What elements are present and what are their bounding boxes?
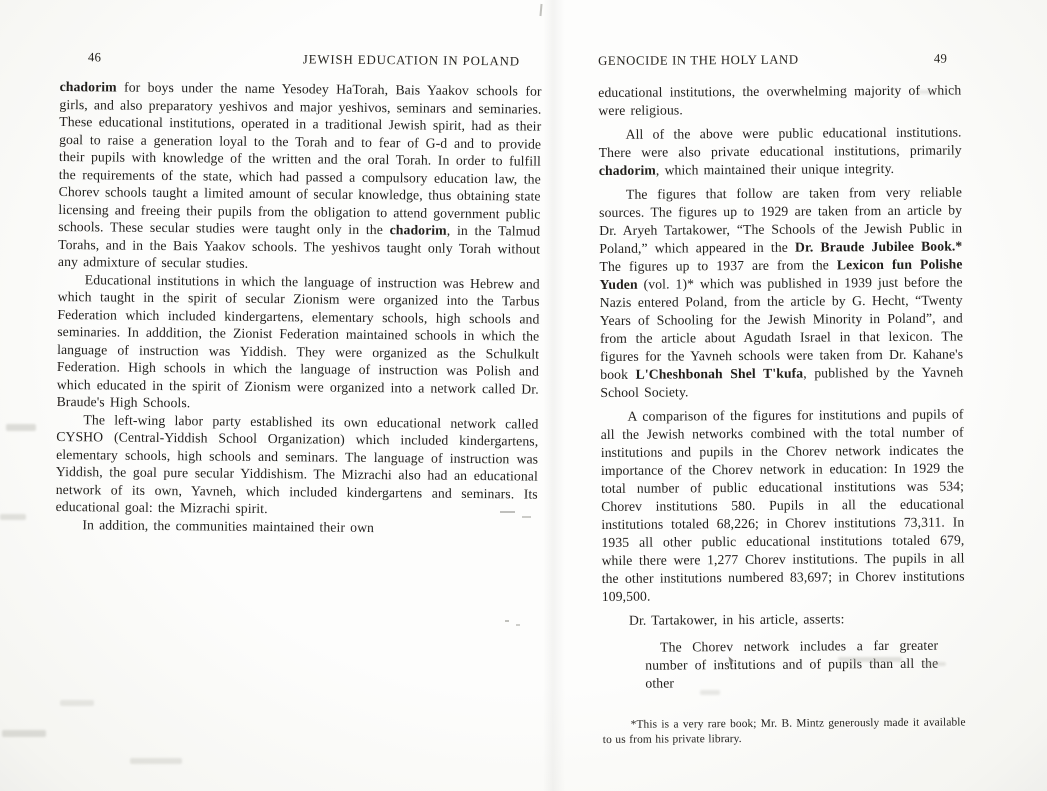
scan-artifact (130, 758, 182, 764)
text-segment: In addition, the communities maintained … (82, 517, 374, 535)
paragraph: In addition, the communities maintained … (55, 515, 537, 537)
bold-text-segment: chadorim (599, 163, 656, 178)
scan-artifact (0, 514, 26, 520)
paragraph: Dr. Tartakower, in his article, asserts: (602, 609, 965, 630)
left-page: 46 JEWISH EDUCATION IN POLAND chadorim f… (55, 50, 542, 538)
bold-text-segment: Dr. Braude Jubilee Book.* (795, 238, 962, 254)
text-segment: , which maintained their unique integrit… (656, 161, 894, 178)
right-page: GENOCIDE IN THE HOLY LAND 49 educational… (598, 51, 966, 753)
page-fold-shadow (543, 0, 565, 791)
paragraph: Educational institutions in which the la… (57, 270, 540, 415)
scan-artifact (6, 424, 36, 431)
paragraph: chadorim for boys under the name Yesodey… (58, 78, 542, 275)
paragraph: The left-wing labor party established it… (56, 410, 539, 520)
footnote: *This is a very rare book; Mr. B. Mintz … (603, 715, 966, 747)
right-page-header: GENOCIDE IN THE HOLY LAND 49 (598, 51, 961, 69)
right-page-number: 49 (934, 52, 947, 67)
text-segment: Educational institutions in which the la… (57, 272, 540, 411)
block-quote: The Chorev network includes a far greate… (645, 637, 938, 693)
left-page-number: 46 (88, 50, 101, 65)
right-page-body: educational institutions, the overwhelmi… (598, 81, 966, 747)
text-segment: A comparison of the figures for institut… (601, 406, 965, 604)
scan-artifact (516, 624, 520, 626)
text-segment: for boys under the name Yesodey HaTorah,… (58, 80, 541, 238)
text-segment: The left-wing labor party established it… (56, 412, 539, 516)
text-segment: educational institutions, the overwhelmi… (598, 82, 961, 118)
text-segment: The Chorev network includes a far greate… (645, 638, 938, 691)
paragraph: All of the above were public educational… (599, 123, 962, 180)
bold-text-segment: chadorim (390, 222, 447, 238)
paragraph: A comparison of the figures for institut… (600, 405, 964, 606)
paragraph: The figures that follow are taken from v… (599, 183, 963, 402)
paragraph: educational institutions, the overwhelmi… (598, 81, 961, 120)
scan-artifact (2, 730, 46, 737)
text-segment: All of the above were public educational… (599, 124, 962, 160)
left-page-body: chadorim for boys under the name Yesodey… (55, 78, 541, 538)
scan-artifact (505, 620, 509, 622)
left-running-head: JEWISH EDUCATION IN POLAND (303, 52, 520, 69)
text-segment: The figures up to 1937 are from the (599, 257, 837, 274)
right-running-head: GENOCIDE IN THE HOLY LAND (598, 53, 799, 69)
text-segment: *This is a very rare book; Mr. B. Mintz … (603, 716, 966, 745)
bold-text-segment: chadorim (60, 79, 117, 95)
left-page-header: 46 JEWISH EDUCATION IN POLAND (60, 50, 542, 70)
scan-artifact (60, 700, 94, 706)
text-segment: Dr. Tartakower, in his article, asserts: (629, 611, 845, 628)
scanned-book-spread: 46 JEWISH EDUCATION IN POLAND chadorim f… (0, 0, 1047, 791)
bold-text-segment: L'Cheshbonah Shel T'kufa (636, 366, 804, 382)
